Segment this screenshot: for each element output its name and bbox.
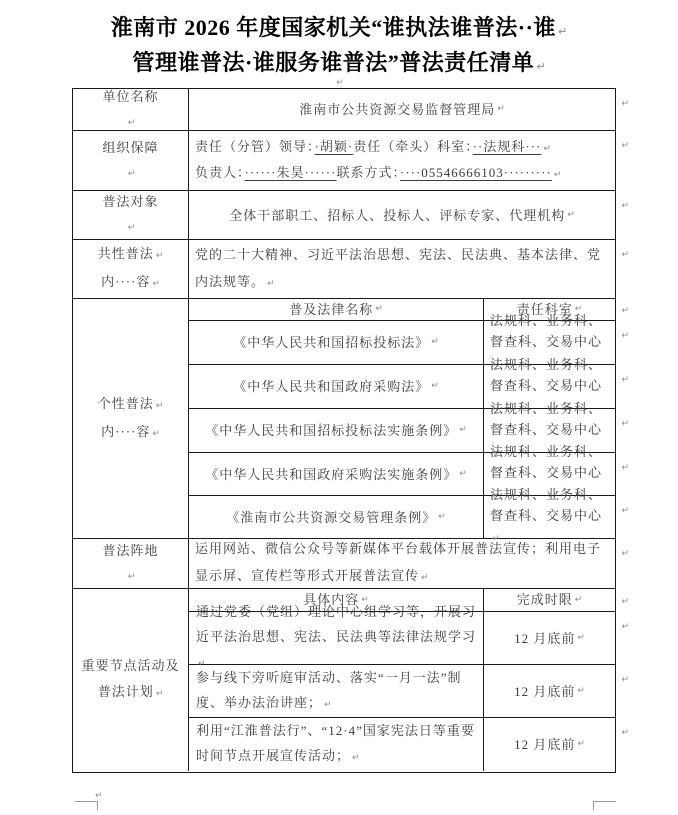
org-person-name: ······朱昊······ (245, 165, 337, 180)
row-target: 普法对象↵ 全体干部职工、招标人、投标人、评标专家、代理机构↵ ↵ (73, 191, 615, 240)
plan-content-text: 利用“江淮普法行”、“12·4”国家宪法日等重要时间节点开展宣传活动；↵ (189, 718, 483, 771)
paragraph-mark-icon: ↵ (431, 329, 439, 356)
org-person-label: 负责人： (195, 165, 245, 180)
position-value-cell[interactable]: 运用网站、微信公众号等新媒体平台载体开展普法宣传；利用电子显示屏、宣传栏等形式开… (189, 539, 615, 588)
position-label: 普法阵地 (102, 538, 158, 564)
common-content-text: 党的二十大精神、习近平法治思想、宪法、民法典、基本法律、党内法规等。↵ (189, 241, 615, 298)
plan-deadline-cell[interactable]: 12 月底前↵ (484, 612, 615, 664)
unit-name-label: 单位名称 (102, 84, 158, 110)
plan-subtable: 具体内容↵ 完成时限↵ ↵ 通过党委（党组）理论中心组学习等，开展习近平法治思想… (189, 589, 615, 771)
row-end-mark-icon: ↵ (621, 498, 629, 525)
paragraph-mark-icon: ↵ (577, 731, 585, 758)
position-value: 运用网站、微信公众号等新媒体平台载体开展普法宣传；利用电子显示屏、宣传栏等形式开… (195, 541, 601, 583)
plan-content-cell[interactable]: 利用“江淮普法行”、“12·4”国家宪法日等重要时间节点开展宣传活动；↵ (189, 718, 484, 771)
row-plan: 重要节点活动及 普法计划↵ 具体内容↵ 完成时限↵ ↵ 通过党委（党组）理论中心… (73, 589, 615, 771)
row-unit-name: 单位名称↵ 淮南市公共资源交易监督管理局↵ ↵ (73, 89, 615, 131)
row-end-mark-icon: ↵ (621, 301, 629, 322)
plan-content-text: 参与线下旁听庭审活动、落实“一月一法”制度、举办法治讲座；↵ (189, 665, 483, 718)
row-end-mark-icon: ↵ (621, 591, 629, 613)
common-label-text-2: 内····容 (101, 274, 150, 289)
plan-label-line1: 重要节点活动及 (81, 653, 179, 679)
plan-header-deadline-cell[interactable]: 完成时限↵ (484, 589, 615, 611)
paragraph-mark-icon: ↵ (152, 429, 160, 439)
org-contact-label: 联系方式： (336, 165, 400, 180)
row-common-content: 共性普法↵ 内····容↵ 党的二十大精神、习近平法治思想、宪法、民法典、基本法… (73, 240, 615, 299)
paragraph-mark-icon: ↵ (543, 144, 551, 154)
title-line-1-text: 淮南市 2026 年度国家机关“谁执法谁普法··谁 (111, 15, 556, 40)
paragraph-mark-icon: ↵ (267, 279, 275, 289)
margin-corner-mark (593, 801, 616, 810)
paragraph-mark-icon: ↵ (577, 678, 585, 705)
position-text: 运用网站、微信公众号等新媒体平台载体开展普法宣传；利用电子显示屏、宣传栏等形式开… (189, 535, 615, 592)
plan-deadline: 12 月底前 (514, 625, 575, 652)
law-name-cell[interactable]: 《中华人民共和国政府采购法》↵ (189, 365, 484, 408)
row-end-mark-icon: ↵ (621, 720, 629, 747)
plan-row: 通过党委（党组）理论中心组学习等，开展习近平法治思想、宪法、民法典等法律法规学习… (189, 612, 615, 665)
law-row: 《淮南市公共资源交易管理条例》↵ 法规科、业务科、督查科、交易中心↵ ↵ (189, 496, 615, 538)
org-leader-name: ·胡颖· (315, 139, 354, 154)
common-content-label-line1: 共性普法↵ (98, 241, 164, 269)
org-leader-label: 责任（分管）领导： (195, 139, 315, 154)
plan-row: 利用“江淮普法行”、“12·4”国家宪法日等重要时间节点开展宣传活动；↵ 12 … (189, 718, 615, 771)
plan-deadline: 12 月底前 (514, 678, 575, 705)
plan-deadline-cell[interactable]: 12 月底前↵ (484, 665, 615, 717)
row-end-mark-icon: ↵ (621, 133, 629, 160)
paragraph-mark-icon: ↵ (375, 299, 383, 320)
law-dept-cell[interactable]: 法规科、业务科、督查科、交易中心↵ (484, 496, 615, 538)
plan-label-line2: 普法计划↵ (98, 679, 164, 707)
org-dept-label: 责任（牵头）科室： (353, 139, 473, 154)
law-name-cell[interactable]: 《中华人民共和国政府采购法实施条例》↵ (189, 453, 484, 495)
plan-header-deadline: 完成时限 (517, 589, 573, 611)
row-end-mark-icon: ↵ (621, 667, 629, 694)
paragraph-mark-icon: ↵ (438, 504, 446, 531)
law-dept: 法规科、业务科、督查科、交易中心 (490, 487, 602, 523)
plan-label-text-2: 普法计划 (98, 684, 154, 699)
law-dept: 法规科、业务科、督查科、交易中心 (490, 357, 602, 393)
unit-name-value: 淮南市公共资源交易监督管理局 (299, 96, 495, 123)
paragraph-mark-icon: ↵ (575, 589, 583, 611)
pufa-responsibility-table: 单位名称↵ 淮南市公共资源交易监督管理局↵ ↵ 组织保障↵ 责任（分管）领导：·… (72, 88, 616, 773)
law-name-cell[interactable]: 《中华人民共和国招标投标法》↵ (189, 321, 484, 364)
plan-content: 通过党委（党组）理论中心组学习等，开展习近平法治思想、宪法、民法典等法律法规学习 (196, 604, 476, 644)
paragraph-mark-icon: ↵ (558, 25, 567, 38)
target-label: 普法对象 (102, 189, 158, 215)
laws-header-name-cell[interactable]: 普及法律名称↵ (189, 299, 484, 320)
target-value-cell[interactable]: 全体干部职工、招标人、投标人、评标专家、代理机构↵ (189, 191, 615, 239)
paragraph-mark-icon: ↵ (421, 573, 429, 583)
paragraph-mark-icon: ↵ (128, 215, 136, 241)
individual-label-text-1: 个性普法 (98, 396, 154, 411)
law-name: 《中华人民共和国政府采购法》 (233, 373, 429, 400)
row-end-mark-icon: ↵ (621, 91, 629, 118)
row-end-mark-icon: ↵ (621, 614, 629, 641)
law-name-cell[interactable]: 《中华人民共和国招标投标法实施条例》↵ (189, 409, 484, 452)
paragraph-mark-icon: ↵ (577, 625, 585, 652)
unit-name-label-cell[interactable]: 单位名称↵ (73, 89, 189, 130)
law-name-cell[interactable]: 《淮南市公共资源交易管理条例》↵ (189, 496, 484, 538)
individual-content-label-line1: 个性普法↵ (98, 391, 164, 419)
plan-row: 参与线下旁听庭审活动、落实“一月一法”制度、举办法治讲座；↵ 12 月底前↵ ↵ (189, 665, 615, 718)
org-contact-number: ····05546666103········· (400, 165, 552, 180)
common-content-value: 党的二十大精神、习近平法治思想、宪法、民法典、基本法律、党内法规等。 (195, 247, 601, 289)
title-line-1: 淮南市 2026 年度国家机关“谁执法谁普法··谁↵ (0, 12, 678, 47)
organization-label-cell[interactable]: 组织保障↵ (73, 131, 189, 190)
row-end-mark-icon: ↵ (621, 323, 629, 350)
paragraph-mark-icon: ↵ (128, 564, 136, 590)
individual-content-label-line2: 内····容↵ (101, 419, 160, 447)
paragraph-mark-icon: ↵ (567, 202, 575, 229)
row-end-mark-icon: ↵ (621, 193, 629, 220)
paragraph-mark-icon: ↵ (152, 279, 160, 289)
paragraph-mark-icon: ↵ (156, 689, 164, 699)
paragraph-mark-icon: ↵ (431, 373, 439, 400)
plan-content-cell[interactable]: 通过党委（党组）理论中心组学习等，开展习近平法治思想、宪法、民法典等法律法规学习… (189, 612, 484, 664)
position-label-cell[interactable]: 普法阵地↵ (73, 539, 189, 588)
law-name: 《中华人民共和国招标投标法实施条例》 (205, 417, 457, 444)
laws-header-name: 普及法律名称 (289, 299, 373, 320)
laws-subtable: 普及法律名称↵ 责任科室↵ ↵ 《中华人民共和国招标投标法》↵ 法规科、业务科、… (189, 299, 615, 538)
law-name: 《淮南市公共资源交易管理条例》 (226, 504, 436, 531)
row-end-mark-icon: ↵ (621, 455, 629, 482)
paragraph-mark-icon: ↵ (156, 401, 164, 411)
row-end-mark-icon: ↵ (621, 367, 629, 394)
common-label-text-1: 共性普法 (98, 246, 154, 261)
plan-content-cell[interactable]: 参与线下旁听庭审活动、落实“一月一法”制度、举办法治讲座；↵ (189, 665, 484, 717)
org-dept-name: ··法规科··· (473, 139, 542, 154)
row-organization: 组织保障↵ 责任（分管）领导：·胡颖·责任（牵头）科室：··法规科···↵ 负责… (73, 131, 615, 191)
margin-corner-mark (75, 801, 98, 810)
row-end-mark-icon: ↵ (621, 541, 629, 568)
common-content-value-cell[interactable]: 党的二十大精神、习近平法治思想、宪法、民法典、基本法律、党内法规等。↵ (189, 240, 615, 298)
law-dept: 法规科、业务科、督查科、交易中心 (490, 444, 602, 480)
individual-label-text-2: 内····容 (101, 424, 150, 439)
paragraph-mark-icon: ↵ (352, 753, 360, 763)
plan-label-cell[interactable]: 重要节点活动及 普法计划↵ (73, 589, 189, 771)
organization-text: 责任（分管）领导：·胡颖·责任（牵头）科室：··法规科···↵ 负责人：····… (189, 131, 615, 191)
law-dept: 法规科、业务科、督查科、交易中心 (490, 313, 602, 349)
organization-line-1: 责任（分管）领导：·胡颖·责任（牵头）科室：··法规科···↵ (195, 135, 609, 161)
common-content-label-cell[interactable]: 共性普法↵ 内····容↵ (73, 240, 189, 298)
unit-name-value-cell[interactable]: 淮南市公共资源交易监督管理局↵ (189, 89, 615, 130)
paragraph-mark-icon: ↵ (95, 791, 103, 801)
law-dept: 法规科、业务科、督查科、交易中心 (490, 401, 602, 437)
paragraph-mark-icon: ↵ (156, 251, 164, 261)
paragraph-mark-icon: ↵ (336, 78, 344, 88)
plan-deadline: 12 月底前 (514, 731, 575, 758)
document-page: 淮南市 2026 年度国家机关“谁执法谁普法··谁↵ 管理谁普法·谁服务谁普法”… (0, 0, 678, 815)
law-name: 《中华人民共和国政府采购法实施条例》 (205, 461, 457, 488)
paragraph-mark-icon: ↵ (554, 170, 562, 180)
organization-label: 组织保障 (102, 135, 158, 161)
row-end-mark-icon: ↵ (621, 411, 629, 438)
paragraph-mark-icon: ↵ (459, 461, 467, 488)
row-end-mark-icon: ↵ (621, 242, 629, 269)
law-name: 《中华人民共和国招标投标法》 (233, 329, 429, 356)
target-label-cell[interactable]: 普法对象↵ (73, 191, 189, 239)
paragraph-mark-icon: ↵ (324, 700, 332, 710)
common-content-label-line2: 内····容↵ (101, 269, 160, 297)
row-individual-content: 个性普法↵ 内····容↵ 普及法律名称↵ 责任科室↵ ↵ 《中华人民共和国招标… (73, 299, 615, 539)
organization-value-cell[interactable]: 责任（分管）领导：·胡颖·责任（牵头）科室：··法规科···↵ 负责人：····… (189, 131, 615, 190)
row-position: 普法阵地↵ 运用网站、微信公众号等新媒体平台载体开展普法宣传；利用电子显示屏、宣… (73, 539, 615, 589)
individual-content-label-cell[interactable]: 个性普法↵ 内····容↵ (73, 299, 189, 538)
plan-content: 利用“江淮普法行”、“12·4”国家宪法日等重要时间节点开展宣传活动； (196, 723, 475, 763)
plan-label-text-1: 重要节点活动及 (81, 658, 179, 673)
plan-deadline-cell[interactable]: 12 月底前↵ (484, 718, 615, 771)
organization-line-2: 负责人：······朱昊······联系方式：····05546666103··… (195, 161, 609, 187)
paragraph-mark-icon: ↵ (128, 161, 136, 187)
target-value: 全体干部职工、招标人、投标人、评标专家、代理机构 (229, 202, 565, 229)
paragraph-mark-icon: ↵ (459, 417, 467, 444)
paragraph-mark-icon: ↵ (497, 96, 505, 123)
